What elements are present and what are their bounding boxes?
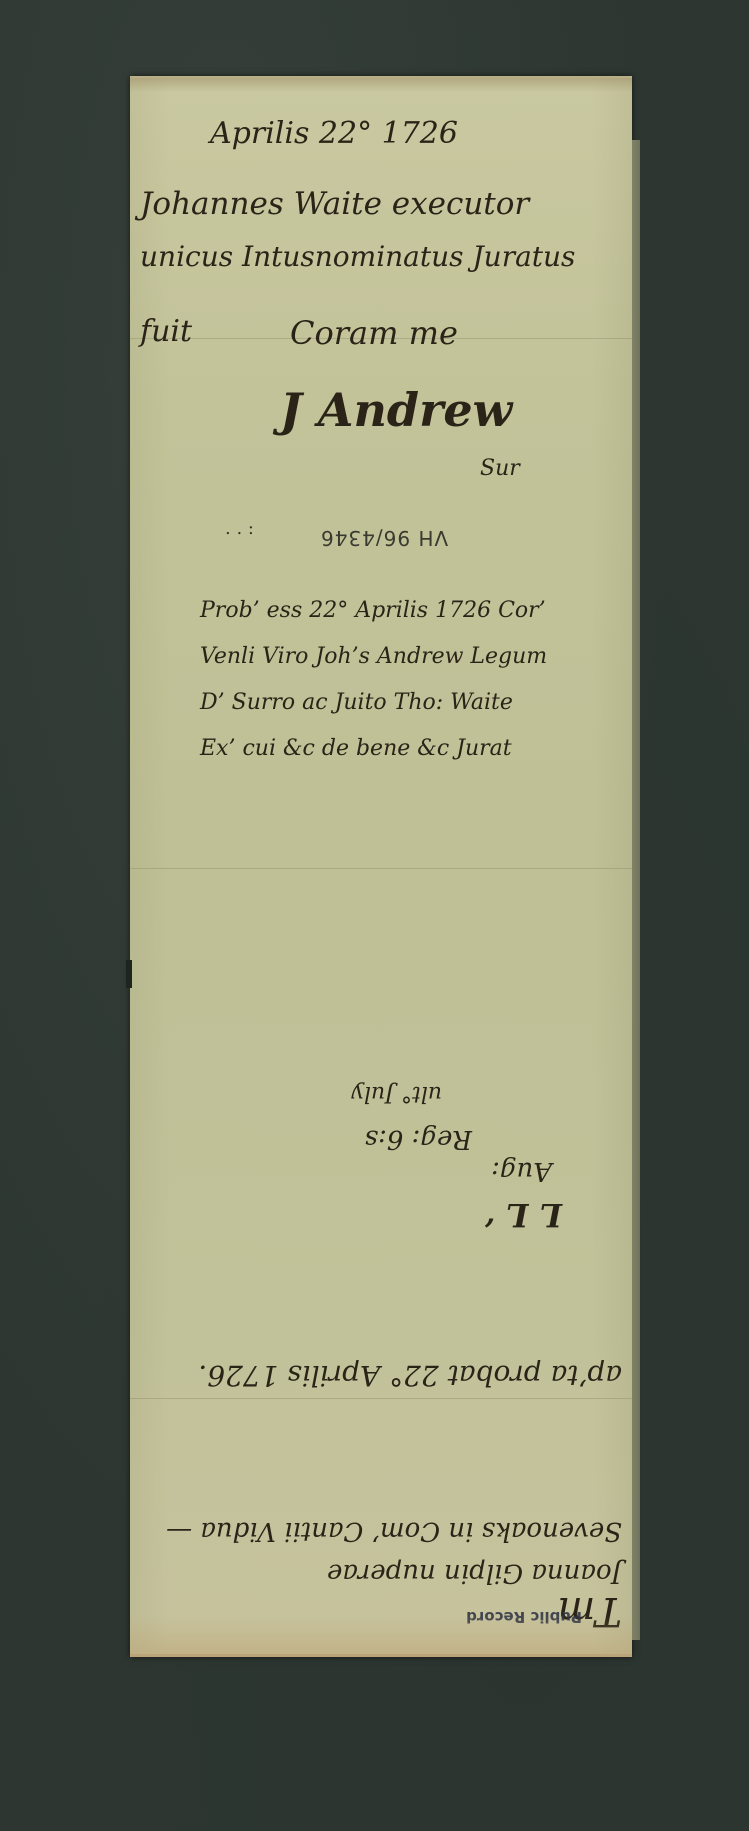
aug-mark: Aug:	[491, 1156, 552, 1186]
inverted-endorsement: L L ʻ Aug: Reg: 6:s ult° July ap’ta prob…	[130, 78, 632, 1654]
public-record-stamp: Public Record	[466, 1608, 582, 1626]
sevenoaks-line: Sevenoaks in Com’ Cantii Vidua —	[166, 1516, 622, 1546]
probat-line: ap’ta probat 22° Aprilis 1726.	[198, 1359, 622, 1392]
paper-notch	[126, 960, 132, 988]
document-paper: Aprilis 22° 1726 Johannes Waite executor…	[130, 76, 632, 1657]
reg-mark: Reg: 6:s	[365, 1124, 472, 1154]
joanna-line: Joanna Gilpin nuperae	[327, 1558, 622, 1588]
ult-july: ult° July	[352, 1081, 443, 1106]
paper-edge	[632, 140, 640, 1640]
header-symbols: L L ʻ	[484, 1196, 562, 1234]
